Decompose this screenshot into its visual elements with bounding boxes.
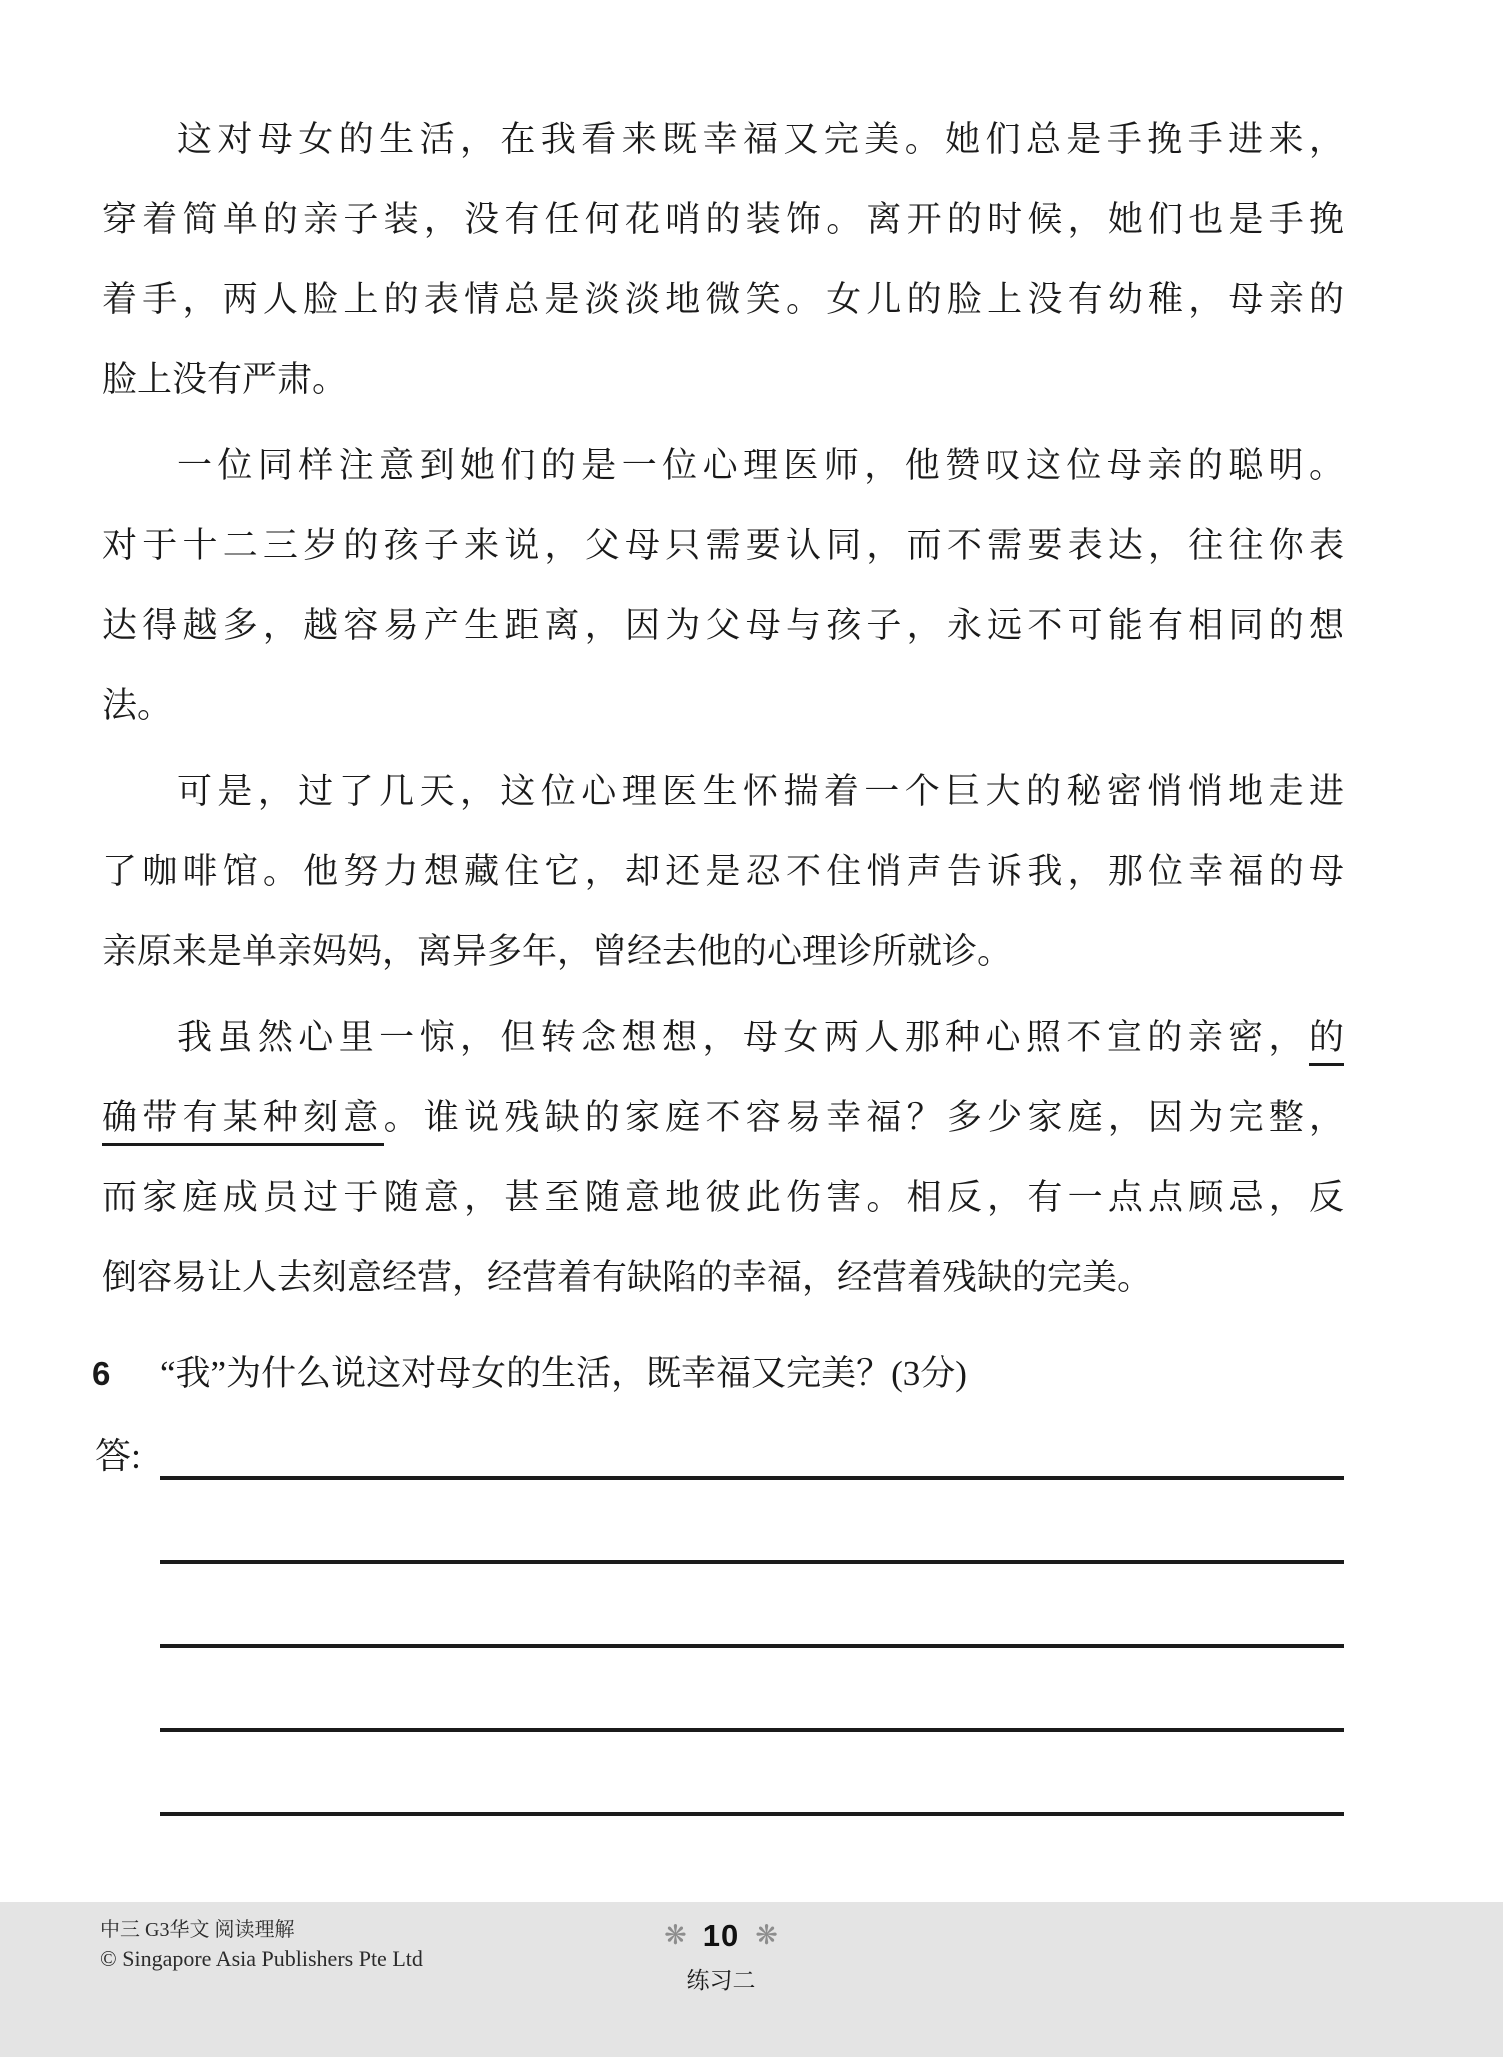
text-run: 一位同样注意到她们的是一位心理医师，他赞叹这位母亲的聪明。 bbox=[177, 446, 1344, 485]
text-line: 达得越多，越容易产生距离，因为父母与孩子，永远不可能有相同的想 bbox=[102, 586, 1344, 666]
paragraph: 这对母女的生活，在我看来既幸福又完美。她们总是手挽手进来，穿着简单的亲子装，没有… bbox=[102, 100, 1344, 420]
text-run: 着手，两人脸上的表情总是淡淡地微笑。女儿的脸上没有幼稚，母亲的 bbox=[102, 280, 1344, 319]
answer-line bbox=[160, 1560, 1344, 1564]
page-number: 10 bbox=[703, 1920, 739, 1951]
footer-left: 中三 G3华文 阅读理解 © Singapore Asia Publishers… bbox=[100, 1916, 423, 1974]
text-run: 而家庭成员过于随意，甚至随意地彼此伤害。相反，有一点点顾忌，反 bbox=[102, 1178, 1344, 1217]
text-line: 我虽然心里一惊，但转念想想，母女两人那种心照不宣的亲密，的 bbox=[102, 998, 1344, 1078]
question-text: “我”为什么说这对母女的生活，既幸福又完美？(3分) bbox=[160, 1334, 967, 1414]
copyright-notice: © Singapore Asia Publishers Pte Ltd bbox=[100, 1944, 423, 1974]
text-run: 亲原来是单亲妈妈，离异多年，曾经去他的心理诊所就诊。 bbox=[102, 932, 1012, 971]
text-line: 法。 bbox=[102, 666, 1344, 746]
text-run: 了咖啡馆。他努力想藏住它，却还是忍不住悄声告诉我，那位幸福的母 bbox=[102, 852, 1344, 891]
page-number-block: ❋ 10 ❋ 练习二 bbox=[664, 1916, 778, 1995]
text-line: 着手，两人脸上的表情总是淡淡地微笑。女儿的脸上没有幼稚，母亲的 bbox=[102, 260, 1344, 340]
answer-line bbox=[160, 1812, 1344, 1816]
exercise-label: 练习二 bbox=[686, 1962, 755, 1995]
answer-line: 答: bbox=[160, 1476, 1344, 1480]
star-icon: ❋ bbox=[755, 1922, 778, 1949]
text-line: 可是，过了几天，这位心理医生怀揣着一个巨大的秘密悄悄地走进 bbox=[102, 752, 1344, 832]
underlined-text: 的 bbox=[1309, 1018, 1344, 1066]
text-line: 对于十二三岁的孩子来说，父母只需要认同，而不需要表达，往往你表 bbox=[102, 506, 1344, 586]
text-run: 。谁说残缺的家庭不容易幸福？多少家庭，因为完整， bbox=[384, 1098, 1344, 1137]
text-run: 脸上没有严肃。 bbox=[102, 360, 347, 399]
text-run: 穿着简单的亲子装，没有任何花哨的装饰。离开的时候，她们也是手挽 bbox=[102, 200, 1344, 239]
book-title: 中三 G3华文 阅读理解 bbox=[100, 1916, 423, 1944]
text-run: 我虽然心里一惊，但转念想想，母女两人那种心照不宣的亲密， bbox=[177, 1018, 1309, 1057]
footer: 中三 G3华文 阅读理解 © Singapore Asia Publishers… bbox=[0, 1902, 1503, 2057]
text-line: 确带有某种刻意。谁说残缺的家庭不容易幸福？多少家庭，因为完整， bbox=[102, 1078, 1344, 1158]
passage: 这对母女的生活，在我看来既幸福又完美。她们总是手挽手进来，穿着简单的亲子装，没有… bbox=[102, 100, 1344, 1318]
underlined-text: 确带有某种刻意 bbox=[102, 1098, 384, 1146]
text-line: 倒容易让人去刻意经营，经营着有缺陷的幸福，经营着残缺的完美。 bbox=[102, 1238, 1344, 1318]
question-number: 6 bbox=[92, 1334, 160, 1414]
text-line: 脸上没有严肃。 bbox=[102, 340, 1344, 420]
answer-line bbox=[160, 1644, 1344, 1648]
document-page: 这对母女的生活，在我看来既幸福又完美。她们总是手挽手进来，穿着简单的亲子装，没有… bbox=[0, 0, 1503, 2057]
page-number-row: ❋ 10 ❋ bbox=[664, 1916, 778, 1954]
star-icon: ❋ bbox=[664, 1922, 687, 1949]
text-line: 一位同样注意到她们的是一位心理医师，他赞叹这位母亲的聪明。 bbox=[102, 426, 1344, 506]
text-line: 了咖啡馆。他努力想藏住它，却还是忍不住悄声告诉我，那位幸福的母 bbox=[102, 832, 1344, 912]
text-run: 对于十二三岁的孩子来说，父母只需要认同，而不需要表达，往往你表 bbox=[102, 526, 1344, 565]
question: 6 “我”为什么说这对母女的生活，既幸福又完美？(3分) bbox=[92, 1334, 1344, 1414]
text-run: 法。 bbox=[102, 686, 172, 725]
text-line: 这对母女的生活，在我看来既幸福又完美。她们总是手挽手进来， bbox=[102, 100, 1344, 180]
text-line: 而家庭成员过于随意，甚至随意地彼此伤害。相反，有一点点顾忌，反 bbox=[102, 1158, 1344, 1238]
page-content: 这对母女的生活，在我看来既幸福又完美。她们总是手挽手进来，穿着简单的亲子装，没有… bbox=[102, 100, 1344, 1816]
text-line: 穿着简单的亲子装，没有任何花哨的装饰。离开的时候，她们也是手挽 bbox=[102, 180, 1344, 260]
paragraph: 可是，过了几天，这位心理医生怀揣着一个巨大的秘密悄悄地走进了咖啡馆。他努力想藏住… bbox=[102, 752, 1344, 992]
answer-label: 答: bbox=[95, 1438, 141, 1474]
text-run: 倒容易让人去刻意经营，经营着有缺陷的幸福，经营着残缺的完美。 bbox=[102, 1258, 1152, 1297]
text-run: 这对母女的生活，在我看来既幸福又完美。她们总是手挽手进来， bbox=[177, 120, 1344, 159]
answer-line bbox=[160, 1728, 1344, 1732]
paragraph: 一位同样注意到她们的是一位心理医师，他赞叹这位母亲的聪明。对于十二三岁的孩子来说… bbox=[102, 426, 1344, 746]
text-line: 亲原来是单亲妈妈，离异多年，曾经去他的心理诊所就诊。 bbox=[102, 912, 1344, 992]
answer-section: 答: bbox=[102, 1476, 1344, 1816]
text-run: 达得越多，越容易产生距离，因为父母与孩子，永远不可能有相同的想 bbox=[102, 606, 1344, 645]
text-run: 可是，过了几天，这位心理医生怀揣着一个巨大的秘密悄悄地走进 bbox=[177, 772, 1344, 811]
paragraph: 我虽然心里一惊，但转念想想，母女两人那种心照不宣的亲密，的确带有某种刻意。谁说残… bbox=[102, 998, 1344, 1318]
